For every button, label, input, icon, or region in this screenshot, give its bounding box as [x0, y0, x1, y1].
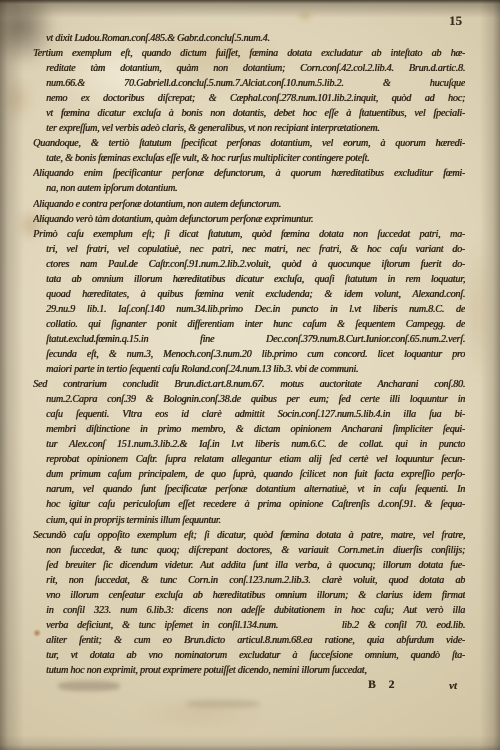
text-line: Aliquando verò tàm dotantium, quàm defun…	[33, 212, 465, 227]
text-line: collatio. qui ſignanter ponit differenti…	[33, 317, 465, 332]
text-line: reprobat opinionem Caſtr. ſupra relatam …	[33, 452, 465, 467]
paragraph: Secundò caſu oppoſito exemplum eſt; ſi d…	[33, 528, 465, 678]
text-line: Aliquando e contra perſonæ dotantium, no…	[33, 197, 465, 212]
text-line: quoad hæreditates, à quibus fœmina venit…	[33, 287, 465, 302]
text-line: ctores nam Paul.de Caſtr.conſ.91.num.2.l…	[33, 257, 465, 272]
page-edge-shadow-bottom	[0, 735, 500, 750]
paper-stain	[296, 10, 314, 22]
text-line: Quandoque, & tertiò ſtatutum ſpecificat …	[33, 136, 465, 151]
page-footer: B 2 vt	[0, 679, 500, 699]
text-line: maiori parte in tertio ſequenti caſu Rol…	[33, 362, 465, 377]
paragraph: Sed contrarium concludit Brun.dict.art.8…	[33, 377, 465, 527]
paragraph: Aliquando e contra perſonæ dotantium, no…	[33, 197, 465, 212]
signature-mark: B 2	[368, 679, 394, 691]
paragraph: Quandoque, & tertiò ſtatutum ſpecificat …	[33, 136, 465, 166]
paragraph: Primò caſu exemplum eſt; ſi dicat ſtatut…	[33, 227, 465, 377]
text-line: nemo ex doctoribus diſcrepat; & Cæphal.c…	[33, 91, 465, 106]
text-line: caſu ſequenti. Vltra eos id clarè admitt…	[33, 407, 465, 422]
paper-stain	[464, 240, 494, 380]
text-line: membri diſtinctione in primo membro, & d…	[33, 422, 465, 437]
text-line: ſed breuiter ſic dicendum videtur. Aut a…	[33, 558, 465, 573]
text-line: vt dixit Ludou.Roman.conſ.485.& Gabr.d.c…	[33, 31, 465, 46]
paragraph: vt dixit Ludou.Roman.conſ.485.& Gabr.d.c…	[33, 31, 465, 46]
text-line: num.2.Capra conſ.39 & Bolognin.conſ.38.d…	[33, 392, 465, 407]
catchword: vt	[449, 680, 457, 692]
text-line: Secundò caſu oppoſito exemplum eſt; ſi d…	[33, 528, 465, 543]
text-line: Aliquando enim ſpecificantur perſonæ def…	[33, 166, 465, 181]
paper-stain	[134, 696, 264, 730]
text-line: tata ab omnium illorum hæreditatibus dic…	[33, 272, 465, 287]
text-line: tri, vel fratri, vel copulatiuè, nec pat…	[33, 242, 465, 257]
text-line: in conſil 323. num 6.lib.3: dicens non a…	[33, 603, 465, 618]
text-line: tur, vt dotata ab vno nominatorum exclud…	[33, 648, 465, 663]
ink-smudge	[186, 700, 260, 708]
text-line: non ſuccedat, & tunc quoq; diſcrepant do…	[33, 543, 465, 558]
text-line: verba deficiunt, & tunc ipſemet in conſi…	[33, 618, 465, 633]
text-line: ſecunda eſt, & num.3, Menoch.conſ.3.num.…	[33, 347, 465, 362]
text-line: tutum hoc non exprimit, prout exprimere …	[33, 663, 465, 678]
text-line: ſtatut.exclud.fœmin.q.15.in fine Dec.con…	[33, 332, 465, 347]
text-line: cium, qui in proprijs terminis illum ſeq…	[33, 513, 465, 528]
page-number: 15	[449, 13, 462, 29]
text-line: vt fœmina dicatur excluſa à bonis non do…	[33, 106, 465, 121]
text-line: 29.nu.9 lib.1. Iaſ.conſ.140 num.34.lib.p…	[33, 302, 465, 317]
text-line: vno illorum cenſeatur excluſa ab hæredit…	[33, 588, 465, 603]
page-edge-shadow-right	[480, 0, 500, 750]
text-line: aliter ſentit; & cum eo Brun.dicto artic…	[33, 633, 465, 648]
text-line: Primò caſu exemplum eſt; ſi dicat ſtatut…	[33, 227, 465, 242]
text-line: hoc igitur caſu periculoſum eſſet recede…	[33, 497, 465, 512]
text-line: Sed contrarium concludit Brun.dict.art.8…	[33, 377, 465, 392]
text-line: narum, vel quando ſunt ſpecificatæ perſo…	[33, 482, 465, 497]
book-page-scan: { "colors": { "paper": "#ded3b6", "paper…	[0, 0, 500, 750]
text-line: ter expreſſum, vel verbis adeò claris, &…	[33, 121, 465, 136]
text-line: tur Alex.conſ 151.num.3.lib.2.& Iaſ.in l…	[33, 437, 465, 452]
text-line: rit, non ſuccedat, & tunc Corn.in conſ.1…	[33, 573, 465, 588]
text-line: na, non autem ipſorum dotantium.	[33, 181, 465, 196]
text-line: tate, & bonis fœminas excluſas eſſe vult…	[33, 151, 465, 166]
paragraph: Tertium exemplum eſt, quando dictum fuiſ…	[33, 46, 465, 136]
text-block: vt dixit Ludou.Roman.conſ.485.& Gabr.d.c…	[33, 31, 465, 678]
paragraph: Aliquando verò tàm dotantium, quàm defun…	[33, 212, 465, 227]
text-line: num.66.& 70.Gabriell.d.concluſ.5.num.7.A…	[33, 76, 465, 91]
text-line: dum primum caſum principalem, de quo ſup…	[33, 467, 465, 482]
text-line: reditate tàm dotantium, quàm non dotanti…	[33, 61, 465, 76]
paragraph: Aliquando enim ſpecificantur perſonæ def…	[33, 166, 465, 196]
page-edge-shadow-top	[0, 0, 500, 18]
page-edge-shadow-left	[0, 0, 24, 750]
text-line: Tertium exemplum eſt, quando dictum fuiſ…	[33, 46, 465, 61]
paper-stain	[0, 76, 34, 122]
